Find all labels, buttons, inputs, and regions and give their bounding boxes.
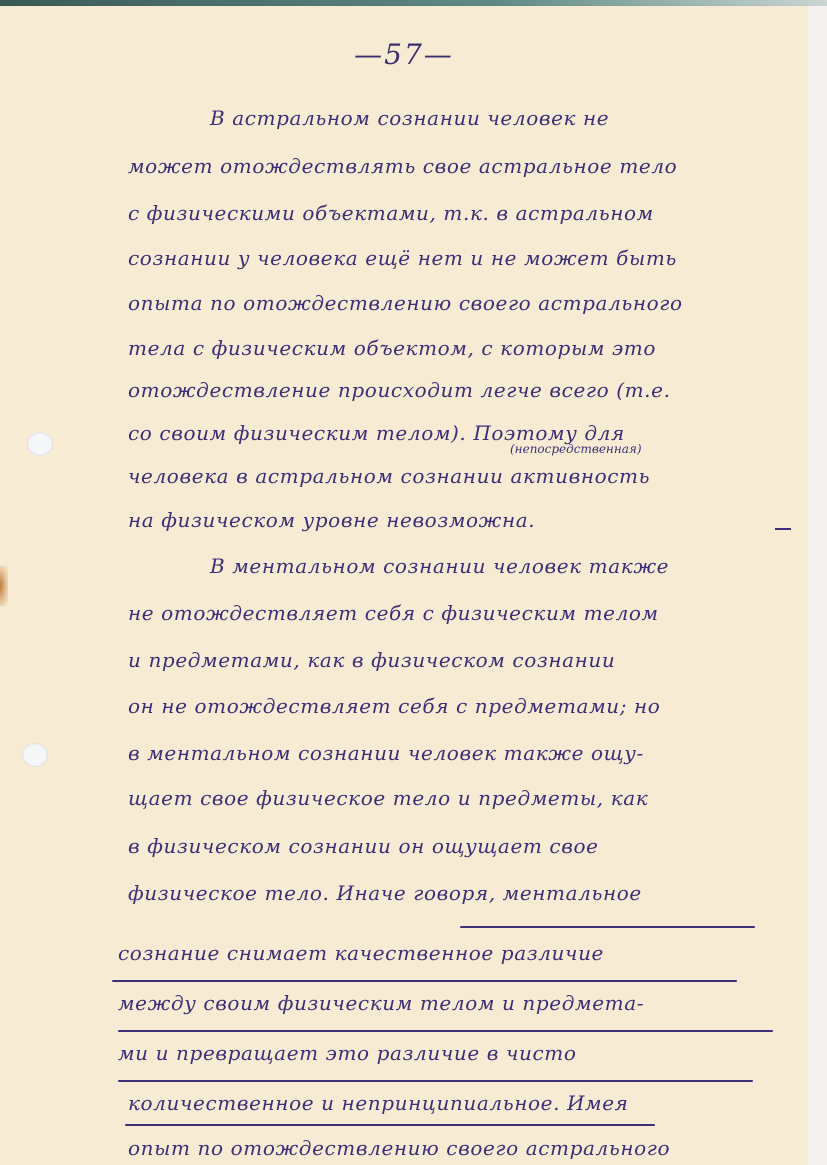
text-line: с физическими объектами, т.к. в астральн…	[128, 201, 654, 225]
underline	[118, 1030, 773, 1032]
text-line: в ментальном сознании человек также ощу-	[128, 741, 644, 765]
underline	[118, 1080, 753, 1082]
text-line: отождествление происходит легче всего (т…	[128, 378, 671, 402]
margin-mark	[775, 528, 791, 530]
punch-hole-icon	[22, 743, 48, 767]
text-line: В астральном сознании человек не	[210, 106, 609, 130]
text-line: между своим физическим телом и предмета-	[118, 991, 644, 1015]
text-line: количественное и непринципиальное. Имея	[128, 1091, 629, 1115]
manuscript-page: —57— В астральном сознании человек не мо…	[0, 6, 808, 1165]
text-line: тела с физическим объектом, с которым эт…	[128, 336, 656, 360]
text-line: опыта по отождествлению своего астрально…	[128, 291, 683, 315]
text-line: человека в астральном сознании активност…	[128, 464, 650, 488]
underline	[112, 980, 737, 982]
text-line: в физическом сознании он ощущает свое	[128, 834, 599, 858]
text-line: физическое тело. Иначе говоря, ментально…	[128, 881, 642, 905]
text-line: на физическом уровне невозможна.	[128, 508, 535, 532]
scan-margin	[808, 6, 827, 1165]
paper-stain	[0, 566, 8, 606]
text-line: щает свое физическое тело и предметы, ка…	[128, 786, 648, 810]
text-line: ми и превращает это различие в чисто	[118, 1041, 577, 1065]
interlinear-insertion: (непосредственная)	[510, 442, 642, 456]
underline	[460, 926, 755, 928]
text-line: В ментальном сознании человек также	[210, 554, 669, 578]
text-line: он не отождествляет себя с предметами; н…	[128, 694, 660, 718]
text-line: сознании у человека ещё нет и не может б…	[128, 246, 677, 270]
text-line: сознание снимает качественное различие	[118, 941, 604, 965]
text-line: опыт по отождествлению своего астральног…	[128, 1136, 670, 1160]
text-line: может отождествлять свое астральное тело	[128, 154, 677, 178]
page-number: —57—	[0, 38, 808, 71]
text-line: не отождествляет себя с физическим телом	[128, 601, 659, 625]
underline	[125, 1124, 655, 1126]
text-line: и предметами, как в физическом сознании	[128, 648, 615, 672]
punch-hole-icon	[27, 432, 53, 456]
